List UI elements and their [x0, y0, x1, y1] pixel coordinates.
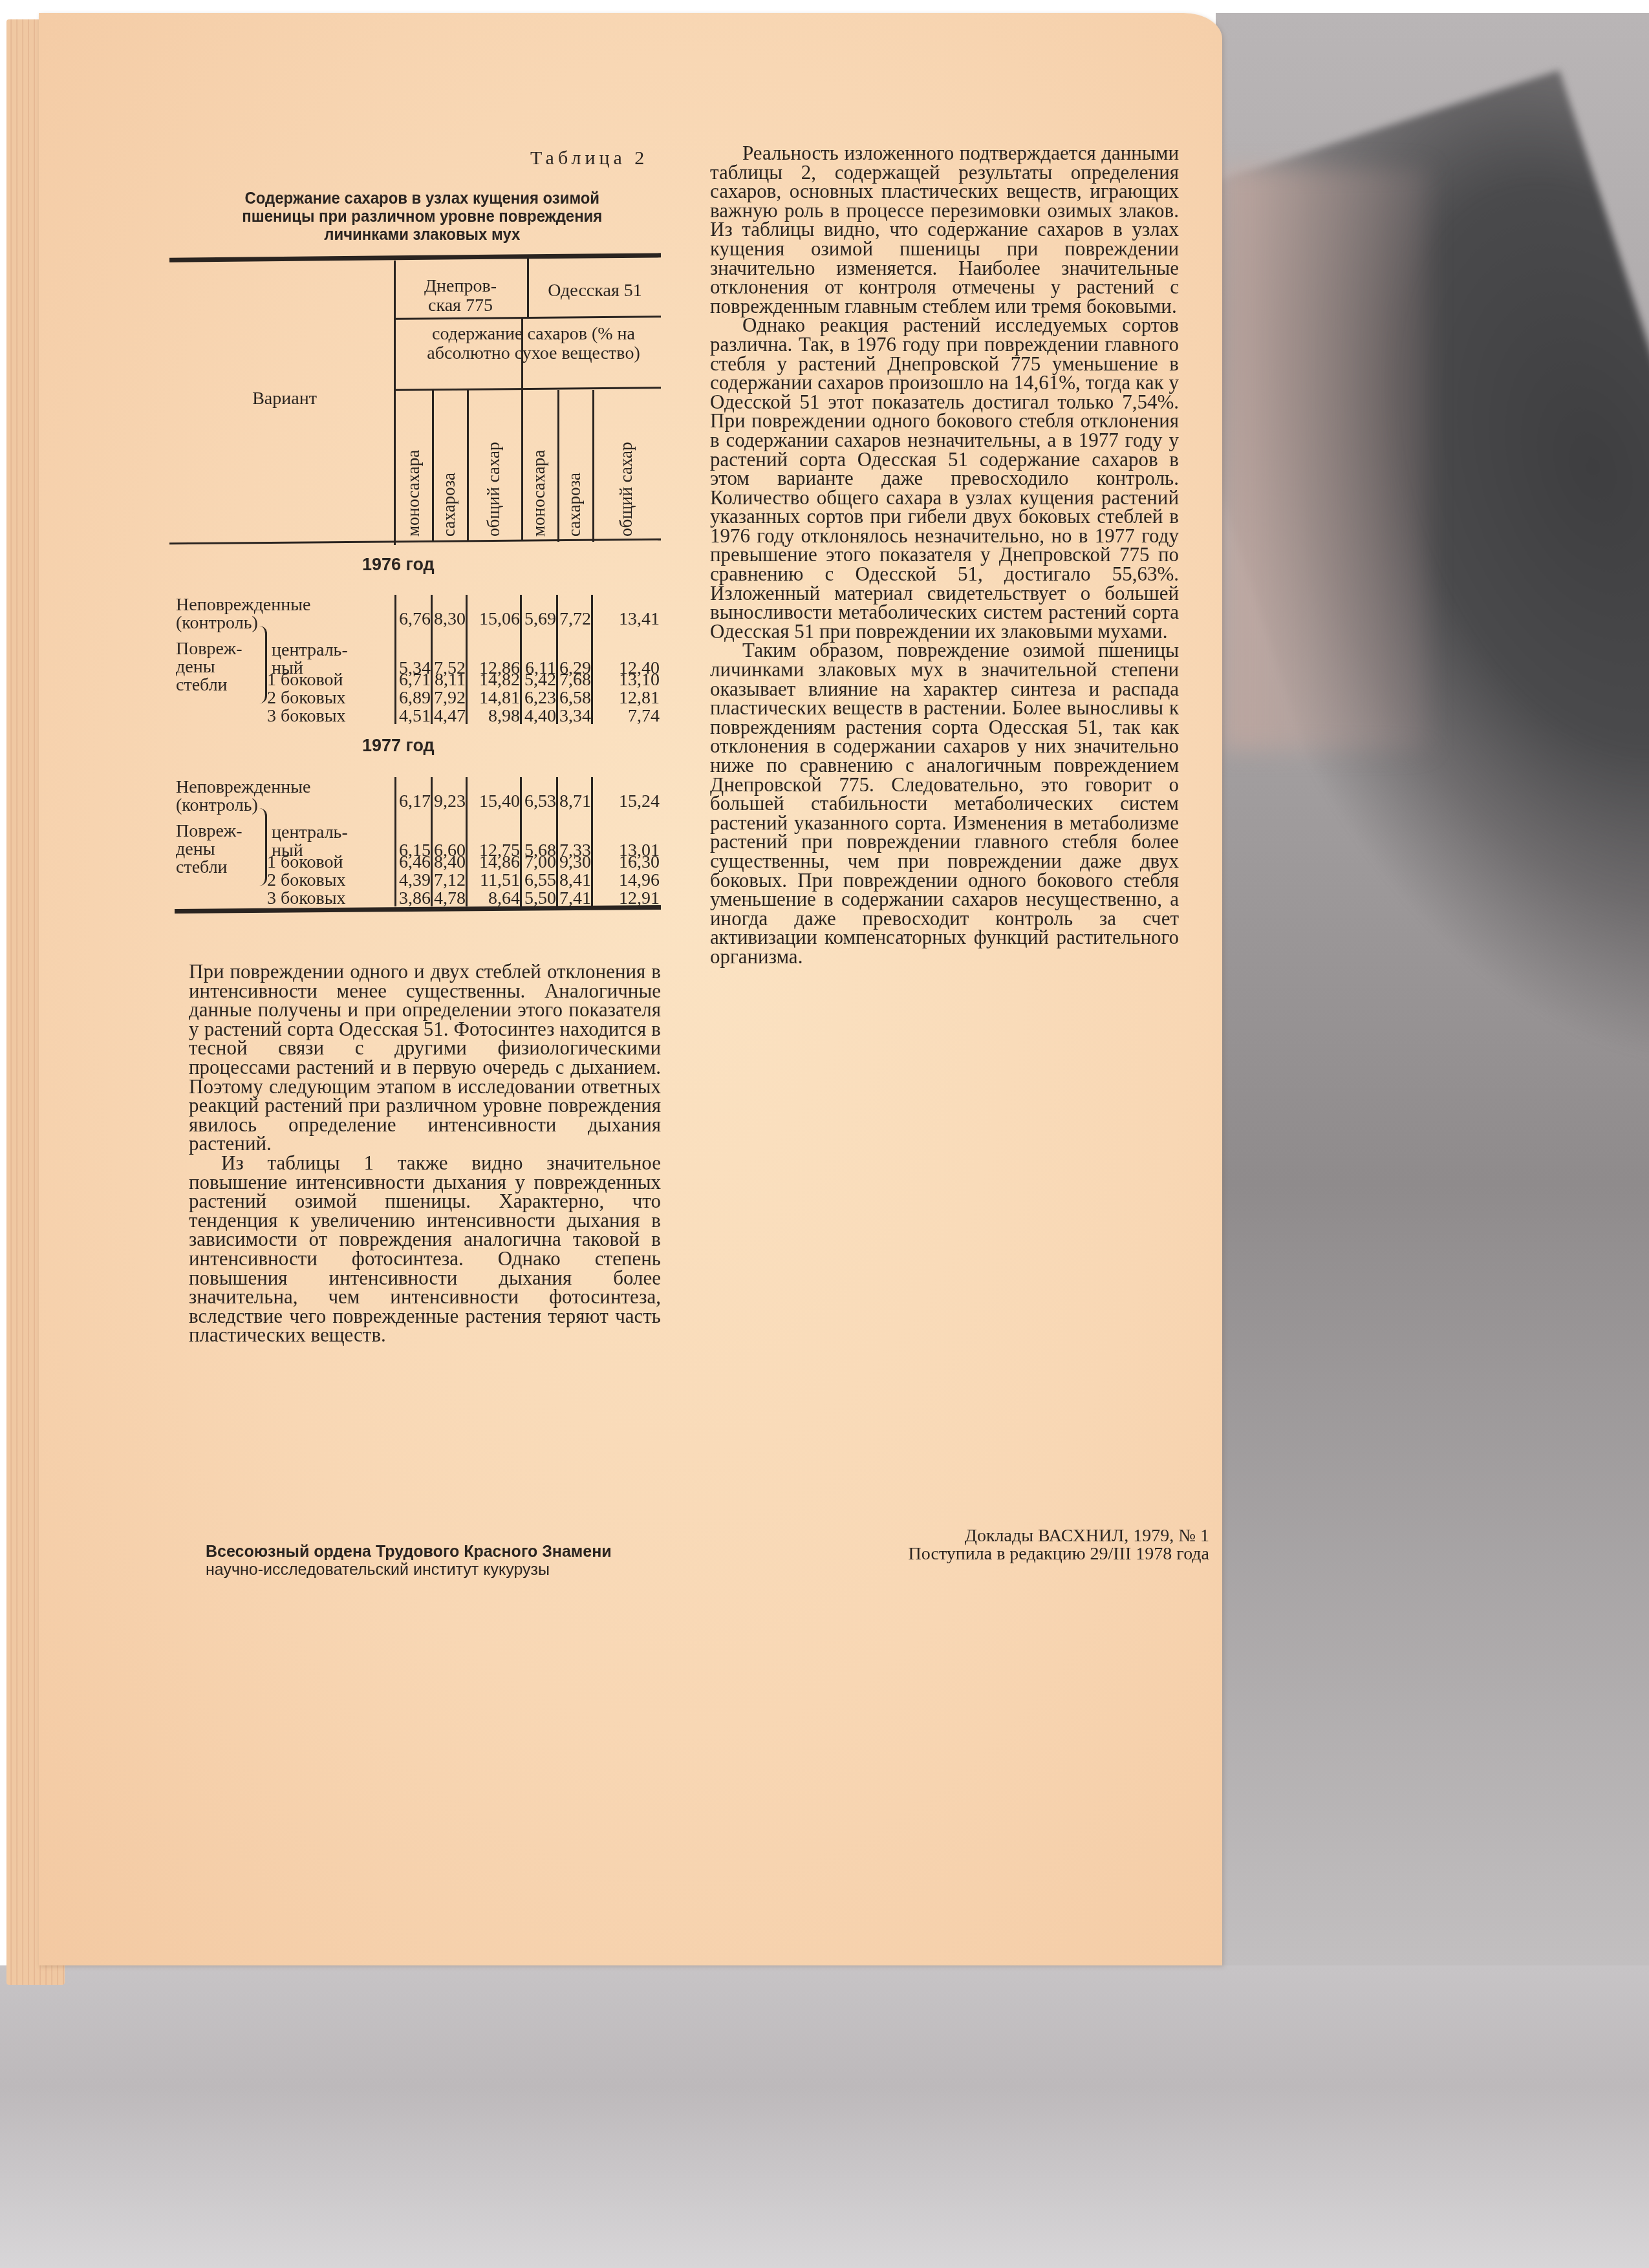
- institute-affiliation: Всесоюзный ордена Трудового Красного Зна…: [206, 1543, 723, 1579]
- table-cell: 15,24: [592, 793, 660, 811]
- table-cell: 5,50: [521, 890, 556, 908]
- column-header: моносахара: [529, 398, 549, 537]
- table-title: Содержание сахаров в узлах кущения озимо…: [220, 189, 625, 243]
- left-column-text: При повреждении одного и двух стеблей от…: [189, 962, 661, 1345]
- table-cell: 13,10: [592, 671, 660, 689]
- institute-line-1: Всесоюзный ордена Трудового Красного Зна…: [206, 1543, 723, 1561]
- table-cell: 15,40: [467, 793, 520, 811]
- table-cell: 14,86: [467, 853, 520, 872]
- table-cell: 6,76: [396, 610, 431, 628]
- table-cell: 4,78: [432, 890, 466, 908]
- column-header: сахароза: [439, 398, 459, 537]
- right-column-text: Реальность изложенного подтверждается да…: [710, 144, 1179, 967]
- header-variant: Вариант: [188, 389, 382, 409]
- table-cell: 8,30: [432, 610, 466, 628]
- column-divider: [432, 390, 434, 542]
- table-cell: 8,40: [432, 853, 466, 872]
- row-label: 3 боковых: [267, 890, 345, 908]
- table-cell: 7,74: [592, 707, 660, 725]
- table-cell: 14,82: [467, 671, 520, 689]
- table-cell: 8,98: [467, 707, 520, 725]
- table-cell: 7,41: [557, 890, 591, 908]
- table-cell: 4,51: [396, 707, 431, 725]
- table-cell: 7,68: [557, 671, 591, 689]
- table-cell: 5,69: [521, 610, 556, 628]
- table-cell: 12,81: [592, 689, 660, 707]
- scanner-background-bottom: [0, 1965, 1649, 2268]
- row-label: 2 боковых: [267, 872, 345, 890]
- table-cell: 14,81: [467, 689, 520, 707]
- column-divider: [557, 390, 559, 542]
- column-header: моносахара: [404, 398, 424, 537]
- table-cell: 4,40: [521, 707, 556, 725]
- damaged-stems-label: Повреж- дены стебли: [176, 822, 242, 877]
- table-cell: 4,39: [396, 872, 431, 890]
- column-divider: [592, 390, 594, 542]
- table-cell: 6,53: [521, 793, 556, 811]
- table-cell: 11,51: [467, 872, 520, 890]
- table-cell: 6,23: [521, 689, 556, 707]
- table-cell: 3,34: [557, 707, 591, 725]
- damaged-stems-label: Повреж- дены стебли: [176, 640, 242, 694]
- table-cell: 7,72: [557, 610, 591, 628]
- table-cell: 8,11: [432, 671, 466, 689]
- table-cell: 6,71: [396, 671, 431, 689]
- table-cell: 3,86: [396, 890, 431, 908]
- year-heading: 1976 год: [362, 555, 435, 575]
- table-cell: 6,17: [396, 793, 431, 811]
- table-cell: 7,92: [432, 689, 466, 707]
- table-cell: 16,30: [592, 853, 660, 872]
- column-divider: [467, 390, 469, 542]
- table-cell: 8,71: [557, 793, 591, 811]
- table-cell: 5,42: [521, 671, 556, 689]
- header-odesskaya: Одесская 51: [529, 281, 661, 301]
- column-header: сахароза: [565, 398, 585, 537]
- column-divider: [521, 318, 523, 541]
- table-cell: 15,06: [467, 610, 520, 628]
- row-label: Неповрежденные (контроль): [176, 778, 311, 815]
- column-header: общий сахар: [484, 398, 504, 537]
- paragraph: Реальность изложенного подтверждается да…: [710, 144, 1179, 316]
- table-cell: 4,47: [432, 707, 466, 725]
- brace: [257, 626, 267, 703]
- table-cell: 6,55: [521, 872, 556, 890]
- table-cell: 6,46: [396, 853, 431, 872]
- table-cell: 8,41: [557, 872, 591, 890]
- table-cell: 7,00: [521, 853, 556, 872]
- row-label: 1 боковой: [267, 671, 343, 689]
- brace: [257, 808, 267, 886]
- paragraph: При повреждении одного и двух стеблей от…: [189, 962, 661, 1153]
- table-cell: 6,58: [557, 689, 591, 707]
- table-cell: 9,23: [432, 793, 466, 811]
- header-dneprovskaya: Днепров- ская 775: [396, 277, 525, 316]
- table-cell: 9,30: [557, 853, 591, 872]
- table-cell: 6,89: [396, 689, 431, 707]
- row-label: 2 боковых: [267, 689, 345, 707]
- header-units: содержание сахаров (% на абсолютно сухое…: [407, 325, 660, 363]
- received-date: Поступила в редакцию 29/III 1978 года: [776, 1545, 1209, 1563]
- table-cell: 13,41: [592, 610, 660, 628]
- institute-line-2: научно-исследовательский институт кукуру…: [206, 1561, 723, 1579]
- table-cell: 14,96: [592, 872, 660, 890]
- paragraph: Однако реакция растений исследуемых сорт…: [710, 316, 1179, 641]
- scanner-glow: [1222, 168, 1429, 750]
- row-label: 3 боковых: [267, 707, 345, 725]
- table-caption: Таблица 2: [530, 147, 648, 169]
- journal-citation: Доклады ВАСХНИЛ, 1979, № 1: [776, 1527, 1209, 1545]
- publication-info: Доклады ВАСХНИЛ, 1979, № 1 Поступила в р…: [776, 1527, 1209, 1563]
- year-heading: 1977 год: [362, 736, 435, 756]
- table-cell: 7,12: [432, 872, 466, 890]
- paragraph: Из таблицы 1 также видно значительное по…: [189, 1153, 661, 1345]
- row-label: Неповрежденные (контроль): [176, 596, 311, 632]
- column-header: общий сахар: [616, 398, 636, 537]
- table-cell: 8,64: [467, 890, 520, 908]
- paragraph: Таким образом, повреждение озимой пшениц…: [710, 641, 1179, 966]
- row-label: 1 боковой: [267, 853, 343, 872]
